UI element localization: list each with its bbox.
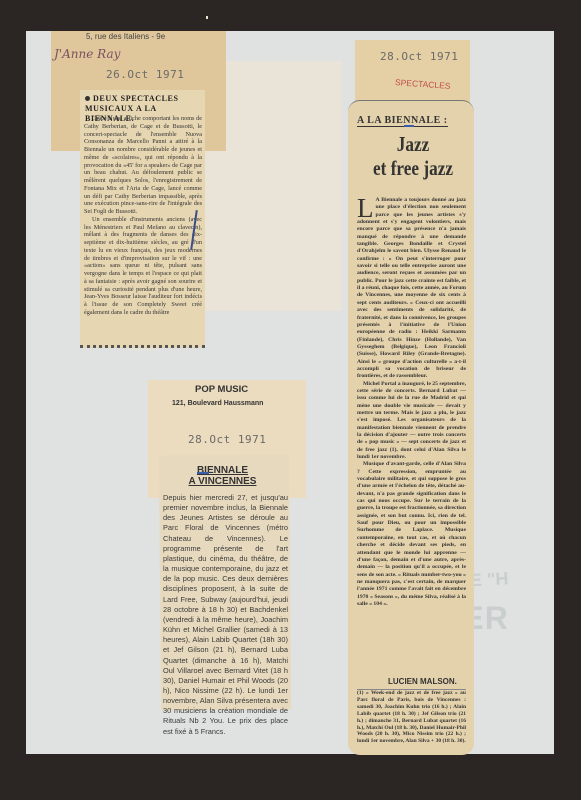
pen-mark [404, 125, 414, 127]
bullet-icon [85, 96, 90, 101]
pen-mark [197, 472, 209, 474]
clipping-3-text: L A Biennale a toujours donné au jazz un… [357, 197, 466, 647]
date-stamp: 28.Oct 1971 [188, 433, 266, 446]
clipping-2-title: BIENNALE A VINCENNES [180, 465, 265, 487]
footnote: (1) « Week-end de jazz et de free jazz »… [357, 690, 466, 745]
clipping-1-text: Grâce à une affiche comportant les noms … [84, 115, 202, 345]
publication-address: 121, Boulevard Haussmann [172, 400, 263, 407]
date-stamp: 26.Oct 1971 [106, 68, 184, 81]
author-byline: LUCIEN MALSON. [388, 677, 457, 686]
clipping-3-headline: Jazz et free jazz [368, 132, 458, 180]
date-stamp: 28.Oct 1971 [380, 50, 458, 63]
handwritten-note: J'Anne Ray [54, 47, 120, 61]
drop-cap: L [357, 197, 374, 219]
clipping-1-address: 5, rue des Italiens - 9e [86, 32, 165, 41]
clipping-3-kicker: A LA BIENNALE : [357, 115, 448, 127]
clipping-2-text: Depuis hier mercredi 27, et jusqu'au pre… [163, 493, 288, 737]
publication-name: POP MUSIC [195, 384, 248, 395]
dust-speck [206, 16, 208, 19]
